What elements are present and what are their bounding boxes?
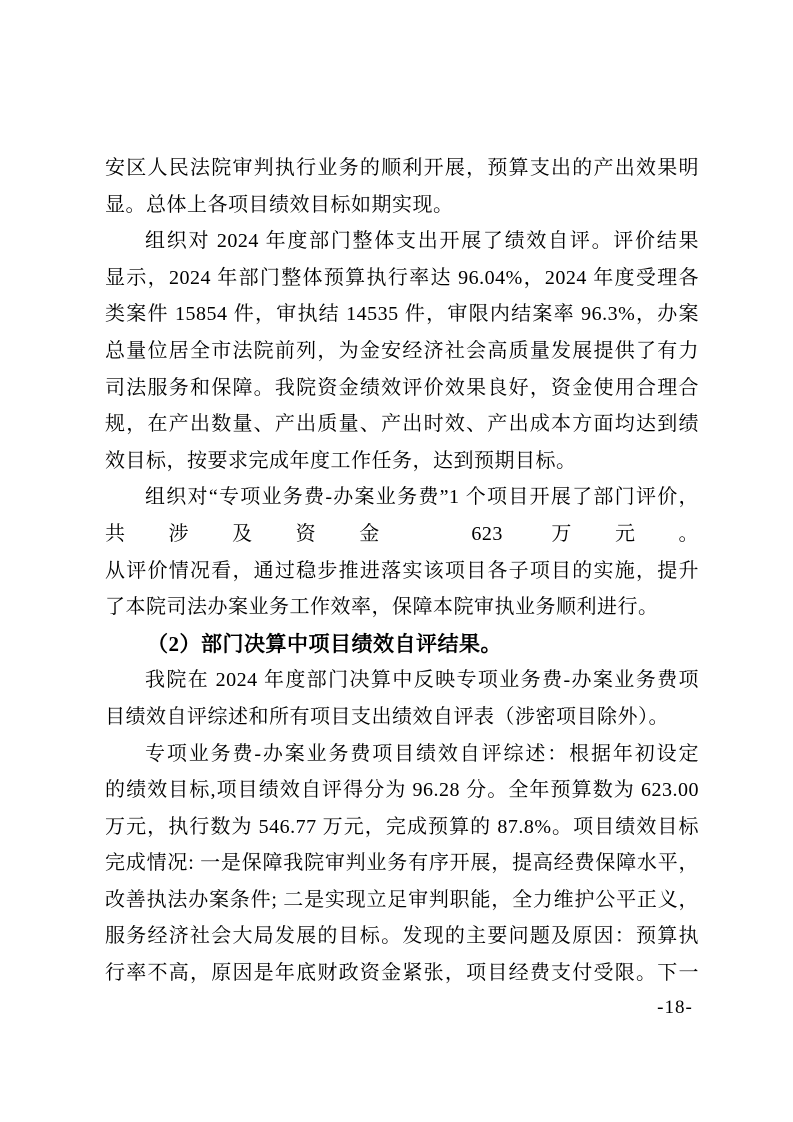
text-line: 目绩效自评综述和所有项目支出绩效自评表（涉密项目除外）。 <box>105 699 699 736</box>
text-line: 了本院司法办案业务工作效率，保障本院审执业务顺利进行。 <box>105 589 699 626</box>
text-line: 规，在产出数量、产出质量、产出时效、产出成本方面均达到绩 <box>105 406 699 443</box>
text-line: 行率不高，原因是年底财政资金紧张，项目经费支付受限。下一 <box>105 955 699 992</box>
text-line: 专项业务费-办案业务费项目绩效自评综述：根据年初设定 <box>105 736 699 773</box>
text-line: 显。总体上各项目绩效目标如期实现。 <box>105 187 699 224</box>
text-line: 从评价情况看，通过稳步推进落实该项目各子项目的实施，提升 <box>105 553 699 590</box>
text-line: 显示，2024 年部门整体预算执行率达 96.04%，2024 年度受理各 <box>105 260 699 297</box>
text-line: 组织对 2024 年度部门整体支出开展了绩效自评。评价结果 <box>105 223 699 260</box>
text-line: 我院在 2024 年度部门决算中反映专项业务费-办案业务费项 <box>105 662 699 699</box>
text-line: 效目标，按要求完成年度工作任务，达到预期目标。 <box>105 443 699 480</box>
text-line: 万元，执行数为 546.77 万元，完成预算的 87.8%。项目绩效目标 <box>105 809 699 846</box>
section-heading: （2）部门决算中项目绩效自评结果。 <box>105 626 699 663</box>
text-line: 共涉及资金 623 万元。以上项目由我部门自行组织开展绩效评价。 <box>105 516 699 553</box>
text-line: 的绩效目标,项目绩效自评得分为 96.28 分。全年预算数为 623.00 <box>105 772 699 809</box>
text-line: 改善执法办案条件; 二是实现立足审判职能，全力维护公平正义， <box>105 882 699 919</box>
page-number: -18- <box>645 995 705 1021</box>
text-line: 司法服务和保障。我院资金绩效评价效果良好，资金使用合理合 <box>105 370 699 407</box>
document-page: 安区人民法院审判执行业务的顺利开展，预算支出的产出效果明显。总体上各项目绩效目标… <box>0 0 793 1122</box>
text-line: 组织对“专项业务费-办案业务费”1 个项目开展了部门评价， <box>105 479 699 516</box>
text-line: 类案件 15854 件，审执结 14535 件，审限内结案率 96.3%，办案 <box>105 296 699 333</box>
text-block: 安区人民法院审判执行业务的顺利开展，预算支出的产出效果明显。总体上各项目绩效目标… <box>105 150 699 992</box>
text-line: 安区人民法院审判执行业务的顺利开展，预算支出的产出效果明 <box>105 150 699 187</box>
text-line: 服务经济社会大局发展的目标。发现的主要问题及原因：预算执 <box>105 918 699 955</box>
text-line: 总量位居全市法院前列，为金安经济社会高质量发展提供了有力 <box>105 333 699 370</box>
text-line: 完成情况: 一是保障我院审判业务有序开展，提高经费保障水平， <box>105 845 699 882</box>
